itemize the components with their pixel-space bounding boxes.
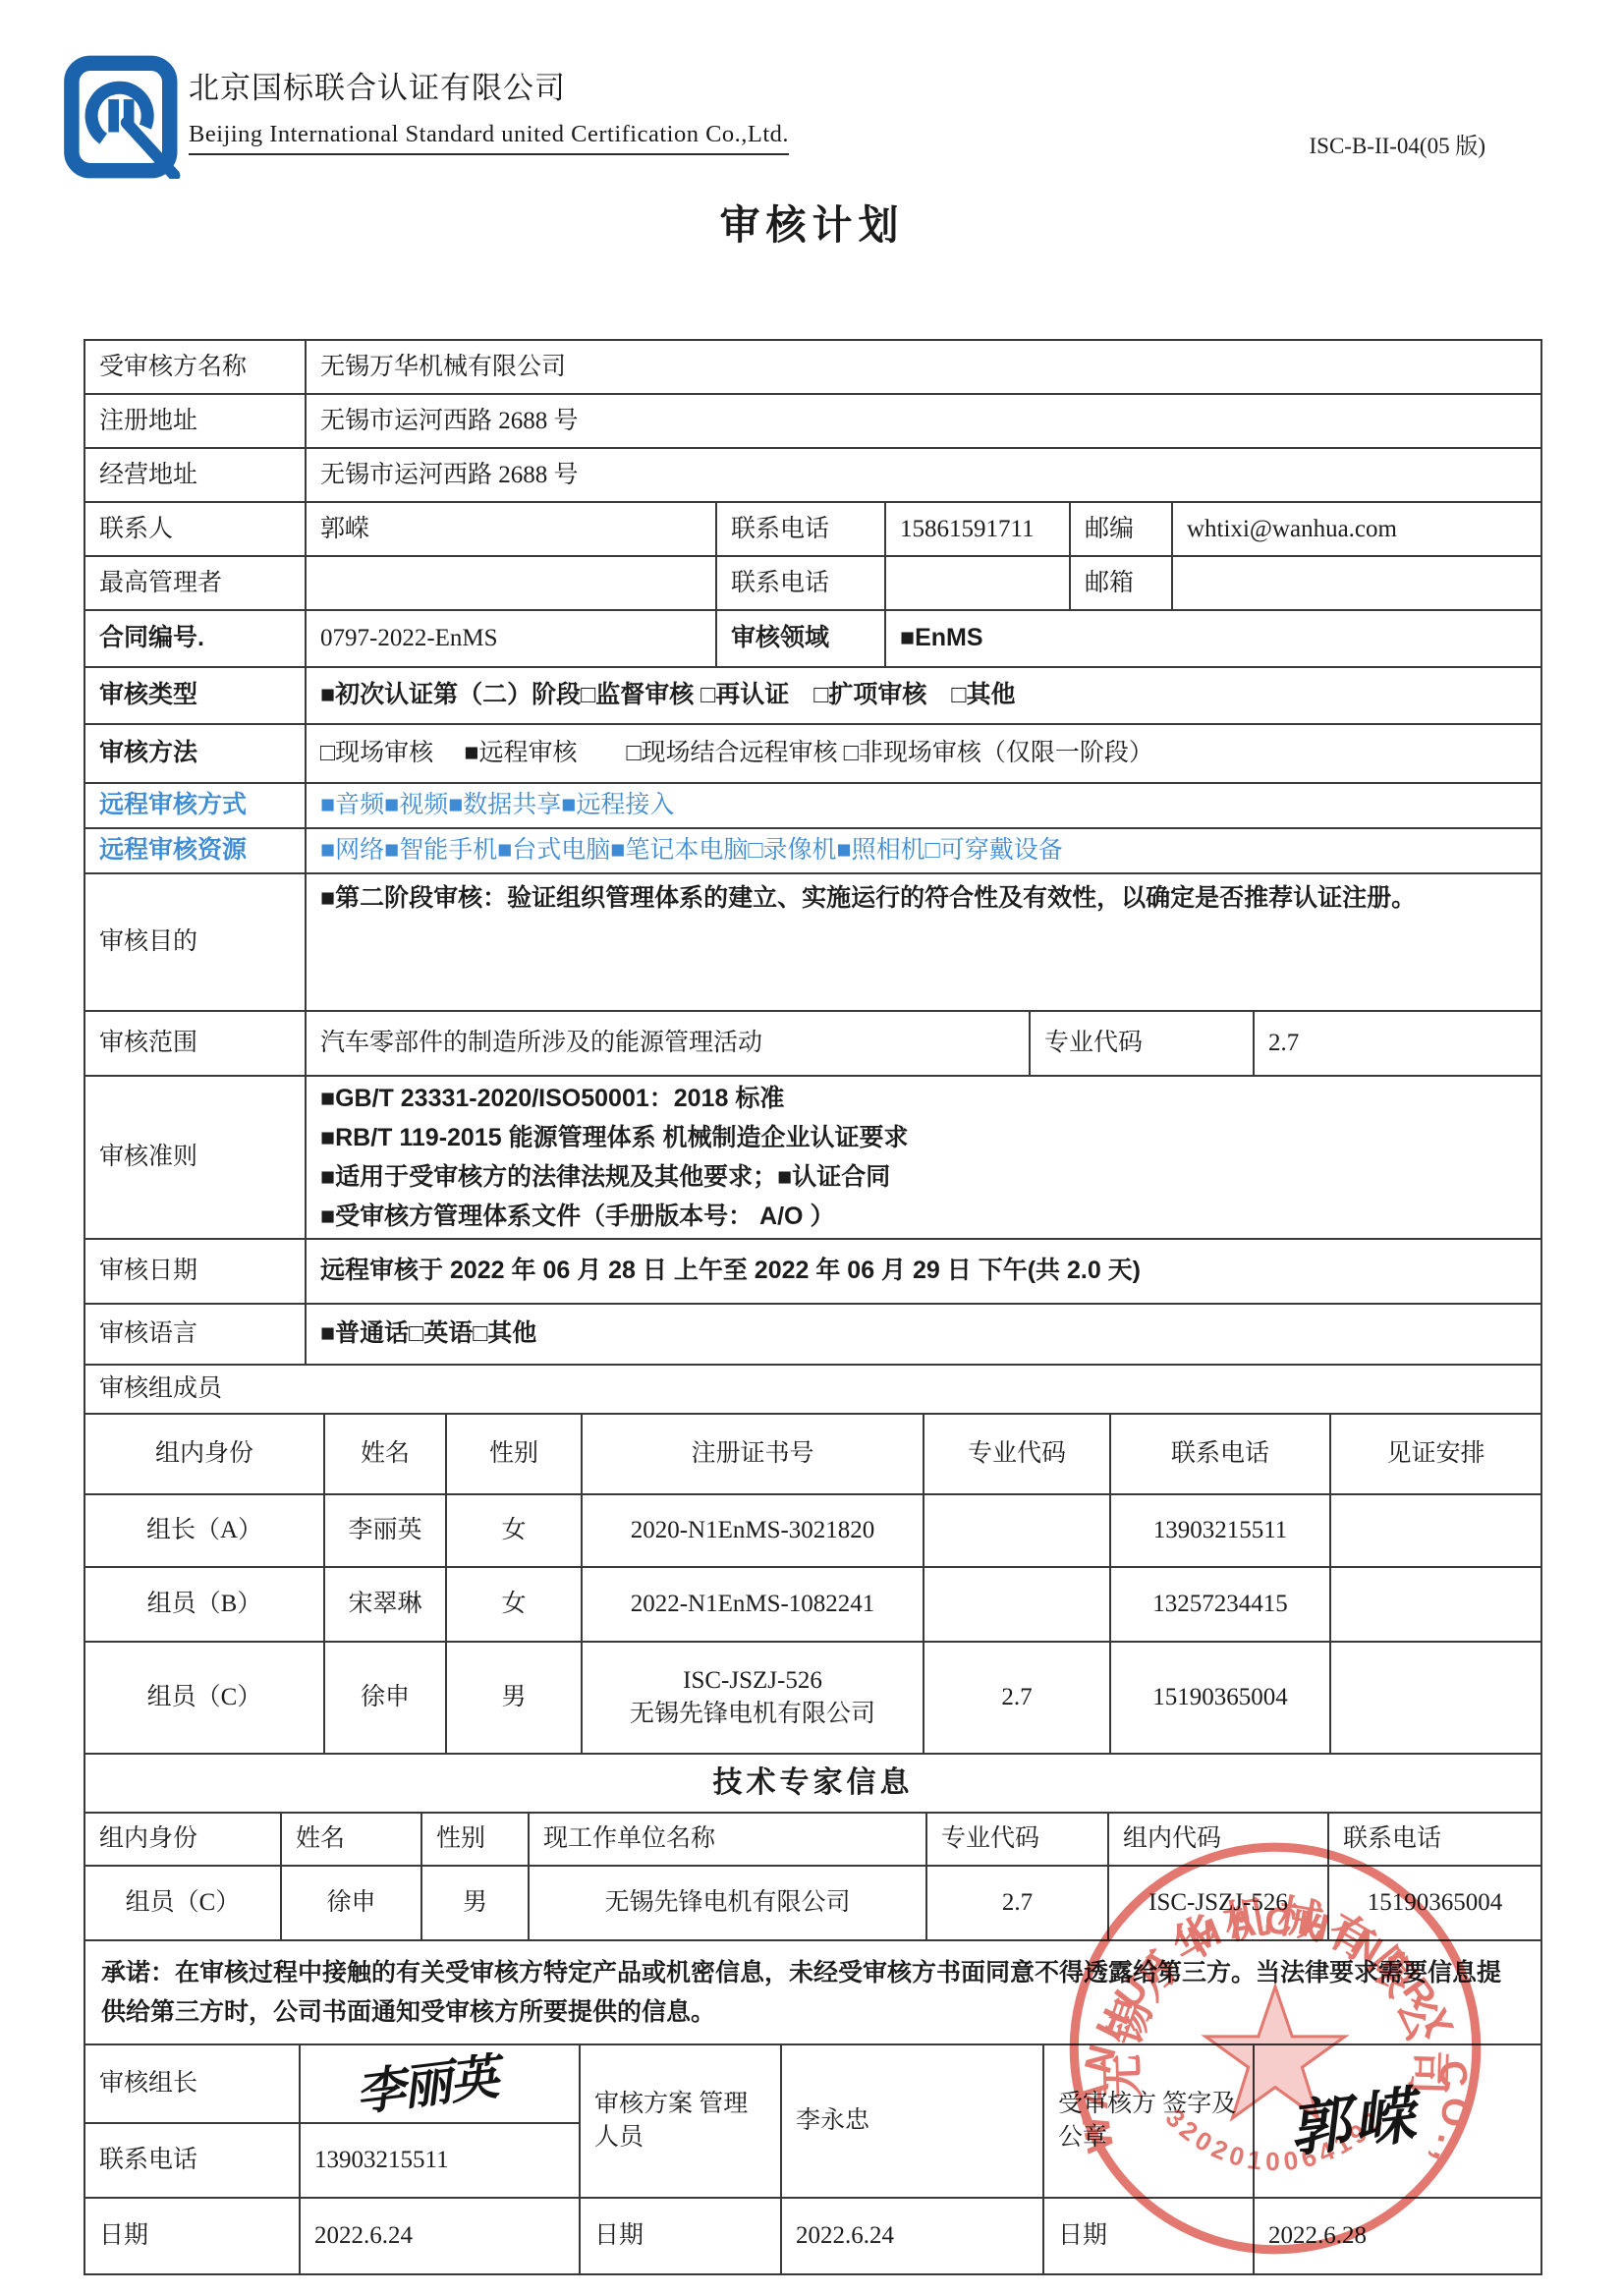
criteria-line: ■GB/T 23331-2020/ISO50001：2018 标准 bbox=[320, 1079, 1527, 1118]
col-header-team-code: 组内代码 bbox=[1108, 1813, 1328, 1866]
audit-method-value: □现场审核 ■远程审核 □现场结合远程审核 □非现场审核（仅限一阶段） bbox=[306, 724, 1541, 783]
table-row: 审核组成员 bbox=[84, 1365, 1541, 1414]
email-value bbox=[1172, 556, 1541, 610]
col-header-phone: 联系电话 bbox=[1110, 1414, 1330, 1494]
audit-type-label: 审核类型 bbox=[84, 667, 306, 724]
audit-field-label: 审核领域 bbox=[716, 610, 885, 667]
top-manager-value bbox=[306, 556, 716, 610]
member-witness bbox=[1330, 1567, 1541, 1642]
registered-address: 无锡市运河西路 2688 号 bbox=[306, 394, 1541, 448]
audit-purpose-value: ■第二阶段审核：验证组织管理体系的建立、实施运行的符合性及有效性，以确定是否推荐… bbox=[306, 873, 1541, 1011]
signature-table: 审核组长 李丽英 审核方案 管理人员 李永忠 受审核方 签字及公章 郭嵘 联系电… bbox=[84, 2043, 1542, 2275]
col-header-gender: 性别 bbox=[446, 1414, 582, 1494]
date-label: 日期 bbox=[84, 2198, 300, 2274]
audit-criteria-value: ■GB/T 23331-2020/ISO50001：2018 标准 ■RB/T … bbox=[306, 1076, 1541, 1239]
table-row: 注册地址 无锡市运河西路 2688 号 bbox=[84, 394, 1541, 448]
table-row: 审核类型 ■初次认证第（二）阶段□监督审核 □再认证 □扩项审核 □其他 bbox=[84, 667, 1541, 724]
team-row-member-b: 组员（B） 宋翠琳 女 2022-N1EnMS-1082241 13257234… bbox=[84, 1567, 1541, 1642]
expert-header-row: 组内身份 姓名 性别 现工作单位名称 专业代码 组内代码 联系电话 bbox=[84, 1813, 1541, 1866]
member-cert-no: ISC-JSZJ-526 bbox=[587, 1664, 919, 1698]
member-witness bbox=[1330, 1642, 1541, 1754]
mgr-date: 2022.6.24 bbox=[781, 2198, 1043, 2274]
criteria-line: ■RB/T 119-2015 能源管理体系 机械制造企业认证要求 bbox=[320, 1118, 1527, 1157]
expert-section-title: 技术专家信息 bbox=[84, 1754, 1541, 1813]
commitment-text: 承诺：在审核过程中接触的有关受审核方特定产品或机密信息，未经受审核方书面同意不得… bbox=[84, 1940, 1541, 2044]
member-role: 组员（B） bbox=[84, 1567, 324, 1642]
expert-row: 组员（C） 徐申 男 无锡先锋电机有限公司 2.7 ISC-JSZJ-526 1… bbox=[84, 1866, 1541, 1940]
member-phone: 13903215511 bbox=[1110, 1494, 1330, 1567]
remote-mode-label: 远程审核方式 bbox=[84, 783, 306, 828]
member-gender: 男 bbox=[446, 1642, 582, 1754]
expert-table: 组内身份 姓名 性别 现工作单位名称 专业代码 组内代码 联系电话 组员（C） … bbox=[84, 1812, 1542, 1941]
team-row-member-c: 组员（C） 徐申 男 ISC-JSZJ-526 无锡先锋电机有限公司 2.7 1… bbox=[84, 1642, 1541, 1754]
table-row: 联系人 郭嵘 联系电话 15861591711 邮编 whtixi@wanhua… bbox=[84, 502, 1541, 556]
col-header-name: 姓名 bbox=[324, 1414, 446, 1494]
audit-attributes-table: 审核类型 ■初次认证第（二）阶段□监督审核 □再认证 □扩项审核 □其他 审核方… bbox=[84, 666, 1542, 1415]
contract-no-label: 合同编号. bbox=[84, 610, 306, 667]
scheme-manager-label: 审核方案 管理人员 bbox=[580, 2044, 781, 2198]
leader-date: 2022.6.24 bbox=[300, 2198, 580, 2274]
member-role: 组员（C） bbox=[84, 1642, 324, 1754]
table-row: 审核目的 ■第二阶段审核：验证组织管理体系的建立、实施运行的符合性及有效性，以确… bbox=[84, 873, 1541, 1011]
member-code bbox=[924, 1567, 1110, 1642]
member-name: 徐申 bbox=[324, 1642, 446, 1754]
table-row: 审核范围 汽车零部件的制造所涉及的能源管理活动 专业代码 2.7 bbox=[84, 1011, 1541, 1076]
member-name: 李丽英 bbox=[324, 1494, 446, 1567]
auditee-signature-cell: 郭嵘 bbox=[1254, 2044, 1541, 2198]
member-gender: 女 bbox=[446, 1567, 582, 1642]
table-row: 远程审核方式 ■音频■视频■数据共享■远程接入 bbox=[84, 783, 1541, 828]
audit-criteria-label: 审核准则 bbox=[84, 1076, 306, 1239]
audit-type-value: ■初次认证第（二）阶段□监督审核 □再认证 □扩项审核 □其他 bbox=[306, 667, 1541, 724]
col-header-name: 姓名 bbox=[281, 1813, 421, 1866]
audit-scope-value: 汽车零部件的制造所涉及的能源管理活动 bbox=[306, 1011, 1030, 1076]
expert-gender: 男 bbox=[421, 1866, 529, 1940]
remote-mode-value: ■音频■视频■数据共享■远程接入 bbox=[306, 783, 1541, 828]
table-row: 受审核方名称 无锡万华机械有限公司 bbox=[84, 340, 1541, 394]
operating-address: 无锡市运河西路 2688 号 bbox=[306, 448, 1541, 502]
top-manager-label: 最高管理者 bbox=[84, 556, 306, 610]
member-name: 宋翠琳 bbox=[324, 1567, 446, 1642]
company-name-cn: 北京国标联合认证有限公司 bbox=[189, 63, 789, 107]
auditee-date: 2022.6.28 bbox=[1254, 2198, 1541, 2274]
table-row: 经营地址 无锡市运河西路 2688 号 bbox=[84, 448, 1541, 502]
email-label: 邮箱 bbox=[1070, 556, 1172, 610]
profession-code-label: 专业代码 bbox=[1030, 1011, 1254, 1076]
audit-method-label: 审核方法 bbox=[84, 724, 306, 783]
col-header-role: 组内身份 bbox=[84, 1813, 281, 1866]
member-phone: 13257234415 bbox=[1110, 1567, 1330, 1642]
table-row: 远程审核资源 ■网络■智能手机■台式电脑■笔记本电脑□录像机■照相机□可穿戴设备 bbox=[84, 828, 1541, 873]
member-witness bbox=[1330, 1494, 1541, 1567]
table-row: 最高管理者 联系电话 邮箱 bbox=[84, 556, 1541, 610]
audit-team-table: 组内身份 姓名 性别 注册证书号 专业代码 联系电话 见证安排 组长（A） 李丽… bbox=[84, 1413, 1542, 1755]
phone-label: 联系电话 bbox=[716, 502, 885, 556]
auditee-signature: 郭嵘 bbox=[1289, 2074, 1428, 2174]
leader-signature: 李丽英 bbox=[356, 2044, 504, 2123]
phone2-label: 联系电话 bbox=[716, 556, 885, 610]
table-row: 审核组长 李丽英 审核方案 管理人员 李永忠 受审核方 签字及公章 郭嵘 bbox=[84, 2044, 1541, 2123]
zip-label: 邮编 bbox=[1070, 502, 1172, 556]
remote-resource-label: 远程审核资源 bbox=[84, 828, 306, 873]
expert-name: 徐申 bbox=[281, 1866, 421, 1940]
col-header-code: 专业代码 bbox=[924, 1414, 1110, 1494]
auditee-name: 无锡万华机械有限公司 bbox=[306, 340, 1541, 394]
expert-code: 2.7 bbox=[926, 1866, 1108, 1940]
team-row-leader: 组长（A） 李丽英 女 2020-N1EnMS-3021820 13903215… bbox=[84, 1494, 1541, 1567]
auditee-label: 受审核方名称 bbox=[84, 340, 306, 394]
contact-name: 郭嵘 bbox=[306, 502, 716, 556]
audit-date-value: 远程审核于 2022 年 06 月 28 日 上午至 2022 年 06 月 2… bbox=[306, 1239, 1541, 1304]
criteria-line: ■适用于受审核方的法律法规及其他要求；■认证合同 bbox=[320, 1157, 1527, 1197]
member-phone: 15190365004 bbox=[1110, 1642, 1330, 1754]
member-cert: 2020-N1EnMS-3021820 bbox=[582, 1494, 924, 1567]
table-row: 承诺：在审核过程中接触的有关受审核方特定产品或机密信息，未经受审核方书面同意不得… bbox=[84, 1940, 1541, 2044]
expert-org: 无锡先锋电机有限公司 bbox=[529, 1866, 926, 1940]
table-row: 合同编号. 0797-2022-EnMS 审核领域 ■EnMS bbox=[84, 610, 1541, 667]
audit-language-value: ■普通话□英语□其他 bbox=[306, 1304, 1541, 1365]
member-code: 2.7 bbox=[924, 1642, 1110, 1754]
audit-date-label: 审核日期 bbox=[84, 1239, 306, 1304]
leader-phone-value: 13903215511 bbox=[300, 2123, 580, 2198]
audit-field-value: ■EnMS bbox=[885, 610, 1541, 667]
audit-leader-label: 审核组长 bbox=[84, 2044, 300, 2123]
remote-resource-value: ■网络■智能手机■台式电脑■笔记本电脑□录像机■照相机□可穿戴设备 bbox=[306, 828, 1541, 873]
contract-no: 0797-2022-EnMS bbox=[306, 610, 716, 667]
zip-value: whtixi@wanhua.com bbox=[1172, 502, 1541, 556]
basic-info-table: 受审核方名称 无锡万华机械有限公司 注册地址 无锡市运河西路 2688 号 经营… bbox=[84, 339, 1542, 668]
company-name-en: Beijing International Standard united Ce… bbox=[189, 121, 789, 155]
registered-address-label: 注册地址 bbox=[84, 394, 306, 448]
member-code bbox=[924, 1494, 1110, 1567]
col-header-witness: 见证安排 bbox=[1330, 1414, 1541, 1494]
page-title: 审核计划 bbox=[0, 193, 1624, 251]
member-gender: 女 bbox=[446, 1494, 582, 1567]
date-label: 日期 bbox=[1043, 2198, 1254, 2274]
table-row: 审核方法 □现场审核 ■远程审核 □现场结合远程审核 □非现场审核（仅限一阶段） bbox=[84, 724, 1541, 783]
expert-title-table: 技术专家信息 bbox=[84, 1753, 1542, 1814]
expert-role: 组员（C） bbox=[84, 1866, 281, 1940]
table-row: 技术专家信息 bbox=[84, 1754, 1541, 1813]
member-role: 组长（A） bbox=[84, 1494, 324, 1567]
contact-label: 联系人 bbox=[84, 502, 306, 556]
certification-logo-icon bbox=[61, 55, 183, 179]
audit-leader-signature-cell: 李丽英 bbox=[300, 2044, 580, 2123]
commitment-table: 承诺：在审核过程中接触的有关受审核方特定产品或机密信息，未经受审核方书面同意不得… bbox=[84, 1939, 1542, 2045]
table-row: 日期 2022.6.24 日期 2022.6.24 日期 2022.6.28 bbox=[84, 2198, 1541, 2274]
leader-phone-label: 联系电话 bbox=[84, 2123, 300, 2198]
col-header-phone: 联系电话 bbox=[1328, 1813, 1541, 1866]
col-header-code: 专业代码 bbox=[926, 1813, 1108, 1866]
scheme-manager-name: 李永忠 bbox=[781, 2044, 1043, 2198]
team-section-label: 审核组成员 bbox=[84, 1365, 1541, 1414]
audit-language-label: 审核语言 bbox=[84, 1304, 306, 1365]
phone2-value bbox=[885, 556, 1070, 610]
col-header-role: 组内身份 bbox=[84, 1414, 324, 1494]
audit-purpose-label: 审核目的 bbox=[84, 873, 306, 1011]
col-header-cert: 注册证书号 bbox=[582, 1414, 924, 1494]
table-row: 审核准则 ■GB/T 23331-2020/ISO50001：2018 标准 ■… bbox=[84, 1076, 1541, 1239]
phone-value: 15861591711 bbox=[885, 502, 1070, 556]
member-cert: ISC-JSZJ-526 无锡先锋电机有限公司 bbox=[582, 1642, 924, 1754]
audit-scope-label: 审核范围 bbox=[84, 1011, 306, 1076]
expert-team-code: ISC-JSZJ-526 bbox=[1108, 1866, 1328, 1940]
date-label: 日期 bbox=[580, 2198, 781, 2274]
expert-phone: 15190365004 bbox=[1328, 1866, 1541, 1940]
profession-code-value: 2.7 bbox=[1254, 1011, 1541, 1076]
criteria-line: ■受审核方管理体系文件（手册版本号： A/O ） bbox=[320, 1197, 1527, 1236]
company-names: 北京国标联合认证有限公司 Beijing International Stand… bbox=[189, 63, 789, 155]
col-header-org: 现工作单位名称 bbox=[529, 1813, 926, 1866]
operating-address-label: 经营地址 bbox=[84, 448, 306, 502]
audit-plan-document: 北京国标联合认证有限公司 Beijing International Stand… bbox=[0, 0, 1624, 2295]
team-header-row: 组内身份 姓名 性别 注册证书号 专业代码 联系电话 见证安排 bbox=[84, 1414, 1541, 1494]
col-header-gender: 性别 bbox=[421, 1813, 529, 1866]
member-cert: 2022-N1EnMS-1082241 bbox=[582, 1567, 924, 1642]
member-cert-org: 无锡先锋电机有限公司 bbox=[587, 1698, 919, 1731]
auditee-sign-label: 受审核方 签字及公章 bbox=[1043, 2044, 1254, 2198]
table-row: 审核日期 远程审核于 2022 年 06 月 28 日 上午至 2022 年 0… bbox=[84, 1239, 1541, 1304]
form-code: ISC-B-II-04(05 版) bbox=[1310, 128, 1486, 160]
table-row: 审核语言 ■普通话□英语□其他 bbox=[84, 1304, 1541, 1365]
audit-plan-tables: 受审核方名称 无锡万华机械有限公司 注册地址 无锡市运河西路 2688 号 经营… bbox=[84, 339, 1540, 2275]
